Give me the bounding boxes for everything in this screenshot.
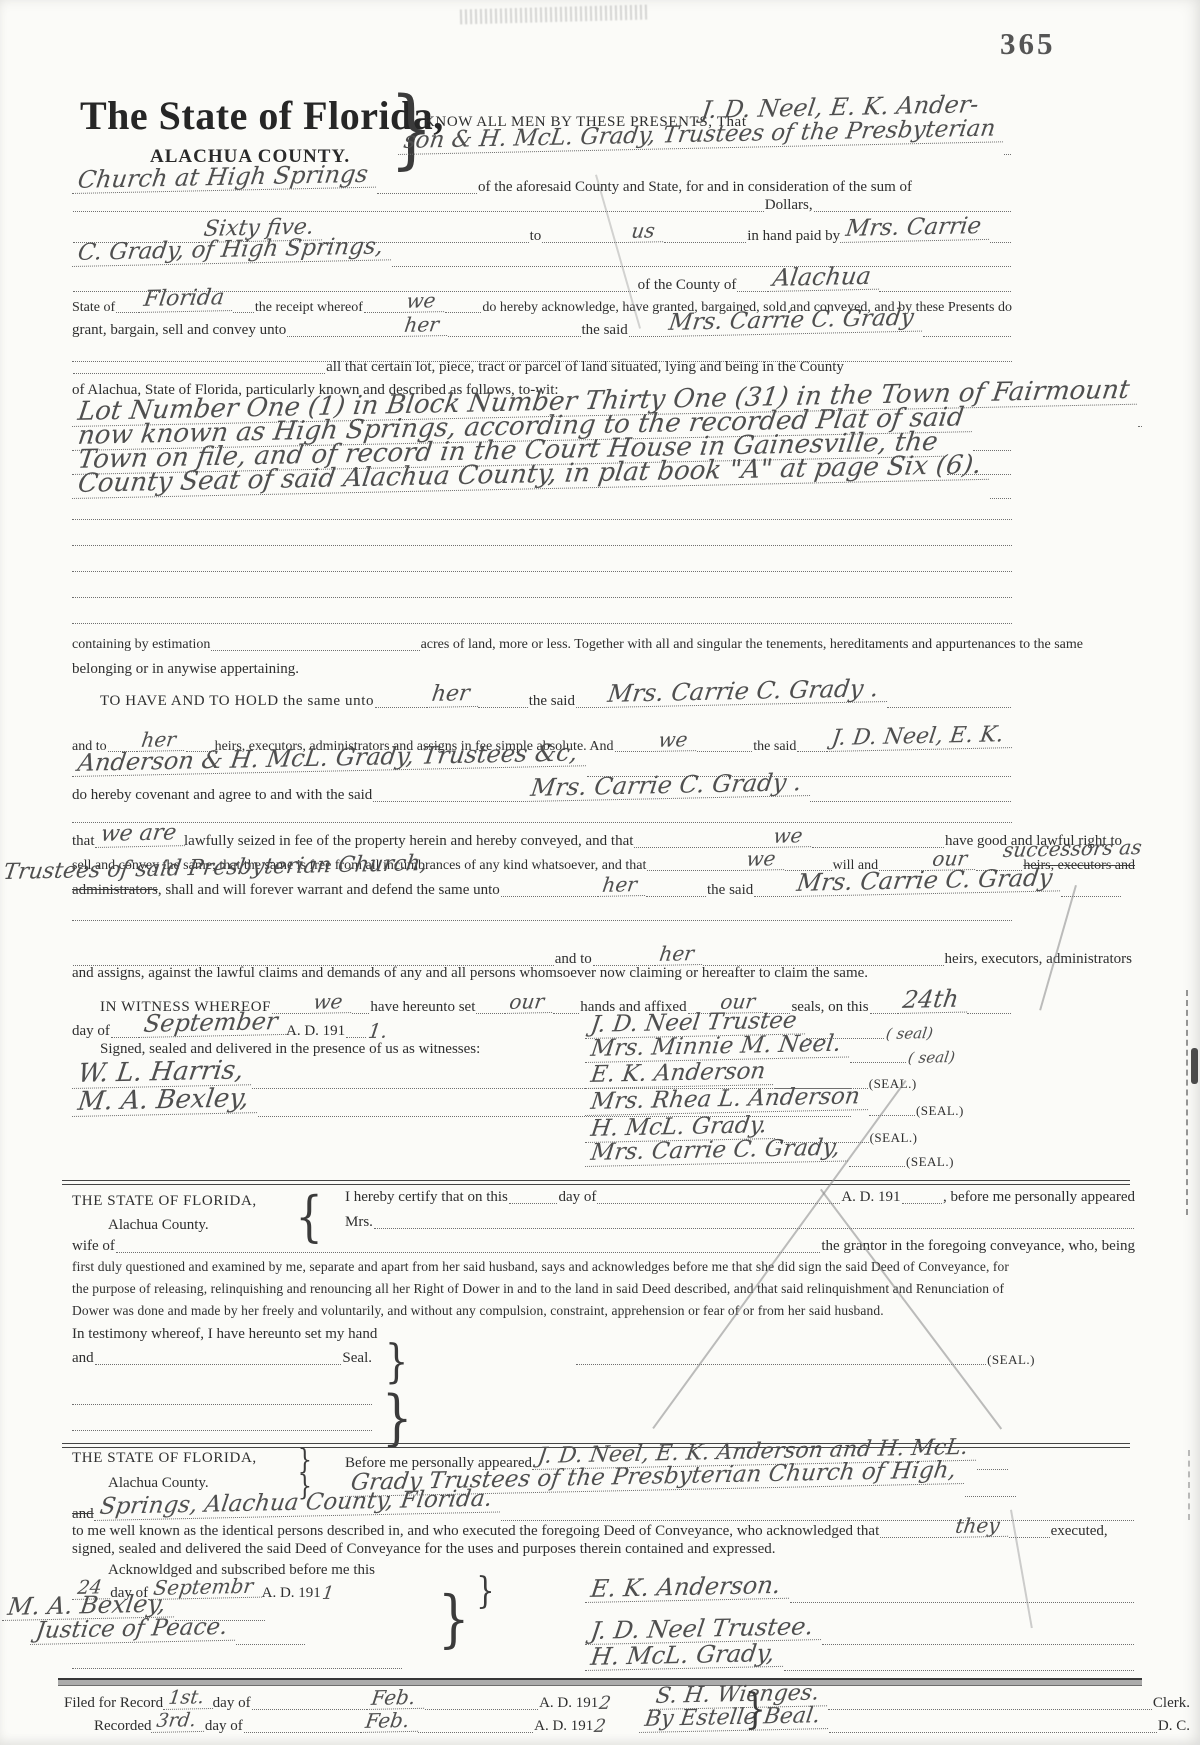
witness-2-handwriting: M. A. Bexley, (72, 1085, 261, 1117)
description-line-4: County Seat of said Alachua County, in p… (72, 470, 1012, 502)
seal-label: (SEAL.) (869, 1076, 917, 1092)
dotted-line (576, 707, 601, 708)
convey-handwriting: her (399, 314, 450, 337)
ack-signed-line: signed, sealed and delivered the said De… (72, 1540, 776, 1559)
we-handwriting: we (768, 825, 814, 848)
ack-date-brace: } (476, 1574, 494, 1610)
we-handwriting: we (653, 729, 699, 752)
covenant-agree-line: do hereby covenant and agree to and with… (72, 776, 1012, 805)
dotted-line (116, 1252, 820, 1253)
deputy-label: D. C. (1158, 1717, 1190, 1736)
situated-line: all that certain lot, piece, tract or pa… (72, 358, 1012, 377)
seal-label: (SEAL.) (916, 1103, 964, 1119)
signed-text: Signed, sealed and delivered in the pres… (100, 1040, 480, 1059)
dotted-line (822, 1644, 1134, 1645)
mrs-label: Mrs. (345, 1213, 373, 1232)
assigns-line: and assigns, against the lawful claims a… (72, 964, 868, 983)
her-handwriting-2: her (654, 943, 705, 966)
dower-testimony-line: In testimony whereof, I have hereunto se… (72, 1325, 377, 1344)
dotted-line (73, 373, 325, 374)
dotted-line (287, 336, 397, 337)
dotted-line (923, 336, 1011, 337)
dotted-line (629, 336, 662, 337)
dotted-line (850, 1062, 906, 1063)
year-handwriting: 1. (367, 1021, 389, 1041)
blank-dotted-line (72, 623, 1012, 624)
ack-signature-3: H. McL. Grady, (585, 1646, 1135, 1674)
recorded-month-handwriting: Feb. (360, 1710, 421, 1733)
the-said-label: the said (529, 692, 575, 711)
day-handwriting: 24th (897, 986, 970, 1014)
known-text: to me well known as the identical person… (72, 1522, 879, 1541)
month-handwriting: September (138, 1009, 289, 1038)
dower-state-label: THE STATE OF FLORIDA, (72, 1192, 257, 1211)
to-have-label: TO HAVE AND TO HOLD the same unto (100, 692, 374, 711)
dower-seal-line: and Seal. (72, 1349, 372, 1368)
grantee-handwriting: Mrs. Carrie C. Grady (663, 307, 925, 337)
signed-delivered-line: Signed, sealed and delivered in the pres… (100, 1040, 480, 1059)
we-handwriting: we (308, 991, 354, 1014)
ack-signature-1: E. K. Anderson. (585, 1578, 1135, 1606)
situated-text: all that certain lot, piece, tract or pa… (326, 358, 844, 377)
they-handwriting: they (950, 1515, 1011, 1538)
dower-wife-line: wife of the grantor in the foregoing con… (72, 1237, 1135, 1256)
dotted-line (73, 211, 764, 212)
to-handwriting: us (626, 220, 666, 243)
to-have-line: TO HAVE AND TO HOLD the same unto her th… (100, 682, 1012, 711)
officer-title-line: Justice of Peace. (30, 1618, 410, 1648)
appeared-text: , before me personally appeared (943, 1188, 1135, 1207)
margin-dashed-line (1188, 1450, 1190, 1520)
filed-day-handwriting: 1st. (163, 1688, 215, 1710)
blank-dotted-line (72, 545, 1012, 546)
deed-document-page: 365 The State of Florida, ALACHUA COUNTY… (0, 0, 1200, 1745)
grantee-handwriting: Mrs. Carrie C. Grady (791, 865, 1064, 897)
footer-divider-rule (58, 1678, 1142, 1686)
dower-bottom-brace: } (382, 1388, 413, 1448)
and-label: and (72, 1349, 94, 1368)
deputy-signature-handwriting: By Estelle Beal. (639, 1705, 831, 1733)
dotted-line (374, 1228, 1134, 1229)
section-divider-rule (62, 1180, 1130, 1185)
heirs-text-2: heirs, executors, administrators (945, 950, 1132, 969)
blank-dotted-line (72, 1668, 402, 1669)
dower-seal-brace: } (385, 1338, 408, 1384)
seal-label: (SEAL.) (906, 1154, 954, 1170)
dotted-line (377, 193, 477, 194)
grantors-line-3: Church at High Springs of the aforesaid … (72, 168, 1012, 197)
dower-paragraph-3: Dower was done and made by her freely an… (72, 1303, 1135, 1320)
dotted-line (244, 1732, 359, 1733)
dower-seal-right-line: (SEAL.) (575, 1352, 1035, 1368)
dotted-line (990, 498, 1011, 499)
dotted-line (1004, 154, 1011, 155)
dotted-line (790, 1602, 1134, 1603)
unto-handwriting: her (426, 683, 481, 708)
dotted-line (754, 896, 790, 897)
grantors-line-2: son & H. McL. Grady, Trustees of the Pre… (398, 130, 1012, 158)
her-handwriting: her (597, 874, 648, 897)
struck-administrators-text: administrators (72, 881, 158, 900)
dotted-line (880, 1537, 948, 1538)
dotted-line (810, 801, 1011, 802)
officer-title-handwriting: Justice of Peace. (30, 1616, 239, 1645)
covenant-label: do hereby covenant and agree to and with… (72, 786, 372, 805)
day-of-label: day of (558, 1188, 596, 1207)
dotted-line (646, 896, 706, 897)
dotted-line (476, 1013, 502, 1014)
ad-label: A. D. 191 (534, 1717, 593, 1736)
signature-row: Mrs. Carrie C. Grady, (SEAL.) (585, 1142, 1010, 1170)
seal-label: Seal. (342, 1349, 372, 1368)
certify-text: I hereby certify that on this (345, 1188, 508, 1207)
dotted-line (95, 1364, 342, 1365)
ack-known-line: to me well known as the identical person… (72, 1516, 1135, 1541)
signed-text: signed, sealed and delivered the said De… (72, 1540, 776, 1559)
ack-state-label: THE STATE OF FLORIDA, (72, 1449, 257, 1468)
dotted-line (887, 707, 1011, 708)
dotted-line (634, 847, 766, 848)
dotted-line (375, 707, 424, 708)
dower-certify-line: I hereby certify that on this day of A. … (345, 1188, 1135, 1207)
executed-text: executed, (1051, 1522, 1108, 1541)
blank-dotted-line (72, 822, 1012, 823)
belonging-line: belonging or in anywise appertaining. (72, 660, 299, 679)
successors-handwriting: successors as (1002, 837, 1143, 860)
payer-handwriting-2: C. Grady, of High Springs, (72, 235, 395, 267)
blank-dotted-line (72, 571, 1012, 572)
grantors-handwriting-3: Church at High Springs (72, 162, 380, 194)
dotted-line (373, 801, 523, 802)
dotted-line (1138, 426, 1142, 427)
dotted-line (553, 1013, 579, 1014)
dower-paragraph-2: the purpose of releasing, relinquishing … (72, 1281, 1135, 1298)
seal-right-label: (SEAL.) (987, 1352, 1035, 1368)
dotted-line (509, 1203, 558, 1204)
county-handwriting: Alachua (767, 264, 883, 292)
warrant-text: , shall and will forever warrant and def… (158, 881, 500, 900)
our-handwriting-1: our (504, 991, 555, 1014)
dotted-line (478, 707, 527, 708)
covenant-grantee-handwriting: Mrs. Carrie C. Grady . (525, 770, 813, 802)
blank-dotted-line (72, 519, 1012, 520)
dotted-line (869, 1115, 915, 1116)
dollars-label: Dollars, (765, 196, 813, 215)
testimony-text: In testimony whereof, I have hereunto se… (72, 1325, 377, 1344)
filing-brace: } (745, 1688, 766, 1730)
paragraph-text: first duly questioned and examined by me… (72, 1259, 1009, 1276)
assigns-text: and assigns, against the lawful claims a… (72, 964, 868, 983)
filed-month-handwriting: Feb. (366, 1687, 427, 1710)
acres-text: acres of land, more or less. Together wi… (421, 636, 1083, 654)
receipt-handwriting: we (401, 290, 447, 313)
dotted-line (236, 1644, 305, 1645)
state-heading: THE STATE OF FLORIDA, (72, 1192, 257, 1211)
wife-of-label: wife of (72, 1237, 115, 1256)
scan-smudge (460, 5, 650, 25)
signer-name-handwriting: Mrs. Rhea L. Anderson (585, 1085, 871, 1116)
aforesaid-text: of the aforesaid County and State, for a… (478, 178, 912, 197)
dower-county-label: Alachua County. (108, 1216, 209, 1235)
scan-ink-blob (1191, 1048, 1198, 1084)
dotted-line (902, 1203, 943, 1204)
dotted-line (111, 1037, 137, 1038)
dotted-line (418, 1732, 533, 1733)
dotted-line (829, 1732, 1157, 1733)
dotted-line (814, 211, 1011, 212)
convey-label: grant, bargain, sell and convey unto (72, 321, 286, 340)
day-of-label: day of (72, 1022, 110, 1041)
warrant-line: administrators , shall and will forever … (72, 871, 1122, 900)
recorded-line: Recorded 3rd. day of Feb. A. D. 191 2 By… (64, 1709, 1190, 1736)
containing-line: containing by estimation acres of land, … (72, 636, 1135, 654)
dotted-line (346, 1037, 366, 1038)
recorded-day-handwriting: 3rd. (151, 1711, 207, 1733)
containing-label: containing by estimation (72, 636, 210, 654)
dotted-line (812, 847, 944, 848)
county-heading: Alachua County. (108, 1474, 209, 1493)
paragraph-text: Dower was done and made by her freely an… (72, 1303, 884, 1320)
recorded-year-handwriting: 2 (593, 1718, 607, 1736)
the-said-label: the said (582, 321, 628, 340)
dower-brace: { (295, 1190, 322, 1244)
dotted-line (849, 1166, 905, 1167)
margin-dashed-line (1186, 990, 1188, 1215)
we-handwriting-2: we (741, 848, 787, 871)
date-line: day of September A. D. 191 1. (72, 1012, 472, 1041)
blank-dotted-line (72, 1404, 372, 1405)
the-said-label: the said (707, 881, 753, 900)
payer-handwriting-1: Mrs. Carrie (840, 215, 993, 243)
dower-mrs-line: Mrs. (345, 1213, 1135, 1232)
paragraph-text: the purpose of releasing, relinquishing … (72, 1281, 1004, 1298)
ack-signer-handwriting: H. McL. Grady, (585, 1641, 786, 1671)
county-heading: Alachua County. (108, 1216, 209, 1235)
blank-dotted-line (72, 597, 1012, 598)
day-of-label: day of (205, 1717, 243, 1736)
dotted-line (448, 336, 581, 337)
blank-dotted-line (72, 920, 1012, 921)
officer-brace: } (438, 1588, 470, 1650)
ad-label: A. D. 191 (841, 1188, 900, 1207)
dotted-line (576, 1364, 986, 1365)
we-are-handwriting: we are (95, 822, 188, 848)
dower-paragraph-1: first duly questioned and examined by me… (72, 1259, 1135, 1276)
recorded-label: Recorded (94, 1717, 151, 1736)
state-handwriting: Florida (138, 287, 236, 313)
ad-label: A. D. 191 (286, 1022, 345, 1041)
dotted-line (211, 650, 419, 651)
blank-dotted-line (72, 1430, 372, 1431)
belonging-text: belonging or in anywise appertaining. (72, 660, 299, 679)
page-number: 365 (1000, 26, 1056, 62)
dotted-line (784, 1670, 1134, 1671)
signer-name-handwriting: Mrs. Carrie C. Grady, (585, 1136, 851, 1167)
dotted-line (501, 896, 596, 897)
grantee-handwriting: Mrs. Carrie C. Grady . (602, 676, 890, 708)
grantors-handwriting-1: J. D. Neel, E. K. (826, 724, 1015, 752)
dotted-line (597, 1203, 840, 1204)
ack-county-label: Alachua County. (108, 1474, 209, 1493)
ack-signer-handwriting: E. K. Anderson. (585, 1573, 792, 1603)
dollars-line: Dollars, (72, 196, 1012, 215)
state-heading: THE STATE OF FLORIDA, (72, 1449, 257, 1468)
convey-line: grant, bargain, sell and convey unto her… (72, 312, 1012, 340)
